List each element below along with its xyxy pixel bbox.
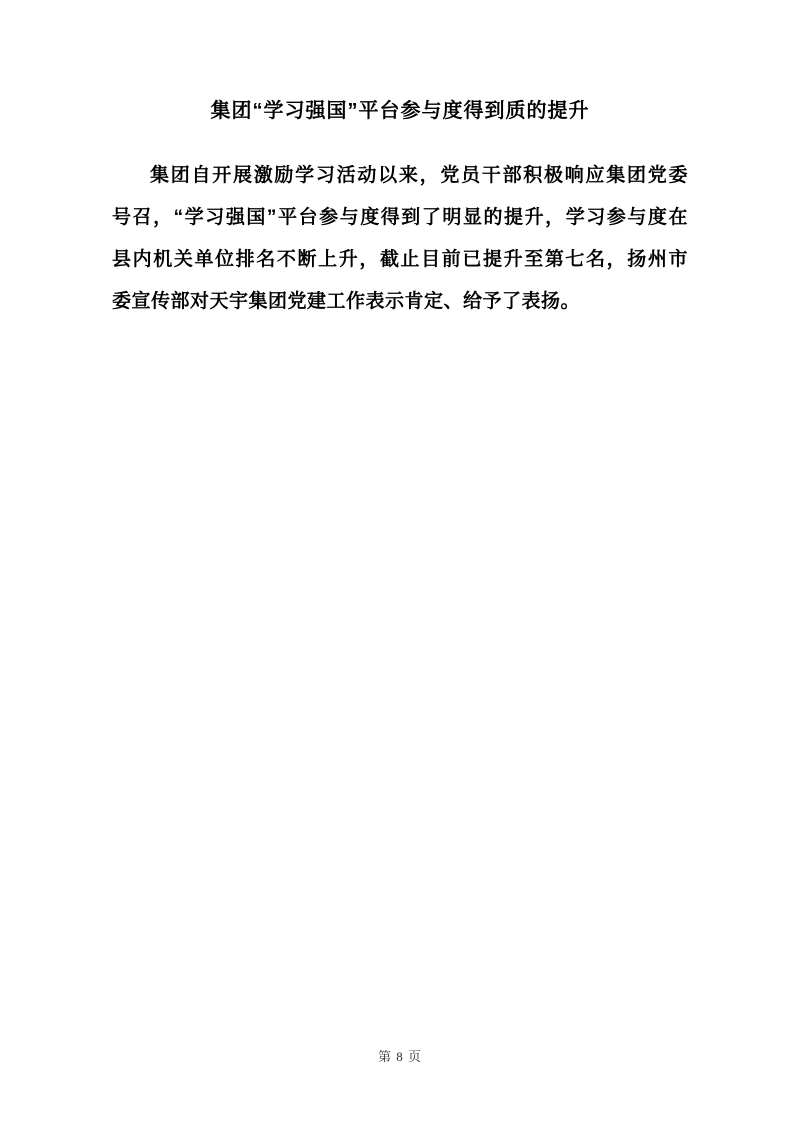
paragraph-line: 委宣传部对天宇集团党建工作表示肯定、给予了表扬。	[112, 281, 688, 323]
paragraph-line: 号召，“学习强国”平台参与度得到了明显的提升，学习参与度在	[112, 197, 688, 239]
paragraph-line: 集团自开展激励学习活动以来，党员干部积极响应集团党委	[112, 155, 688, 197]
body-paragraph: 集团自开展激励学习活动以来，党员干部积极响应集团党委 号召，“学习强国”平台参与…	[112, 155, 688, 323]
paragraph-line: 县内机关单位排名不断上升，截止目前已提升至第七名，扬州市	[112, 239, 688, 281]
document-title: 集团“学习强国”平台参与度得到质的提升	[0, 96, 800, 126]
page-number: 第 8 页	[0, 1046, 800, 1065]
document-page: 集团“学习强国”平台参与度得到质的提升 集团自开展激励学习活动以来，党员干部积极…	[0, 0, 800, 1131]
